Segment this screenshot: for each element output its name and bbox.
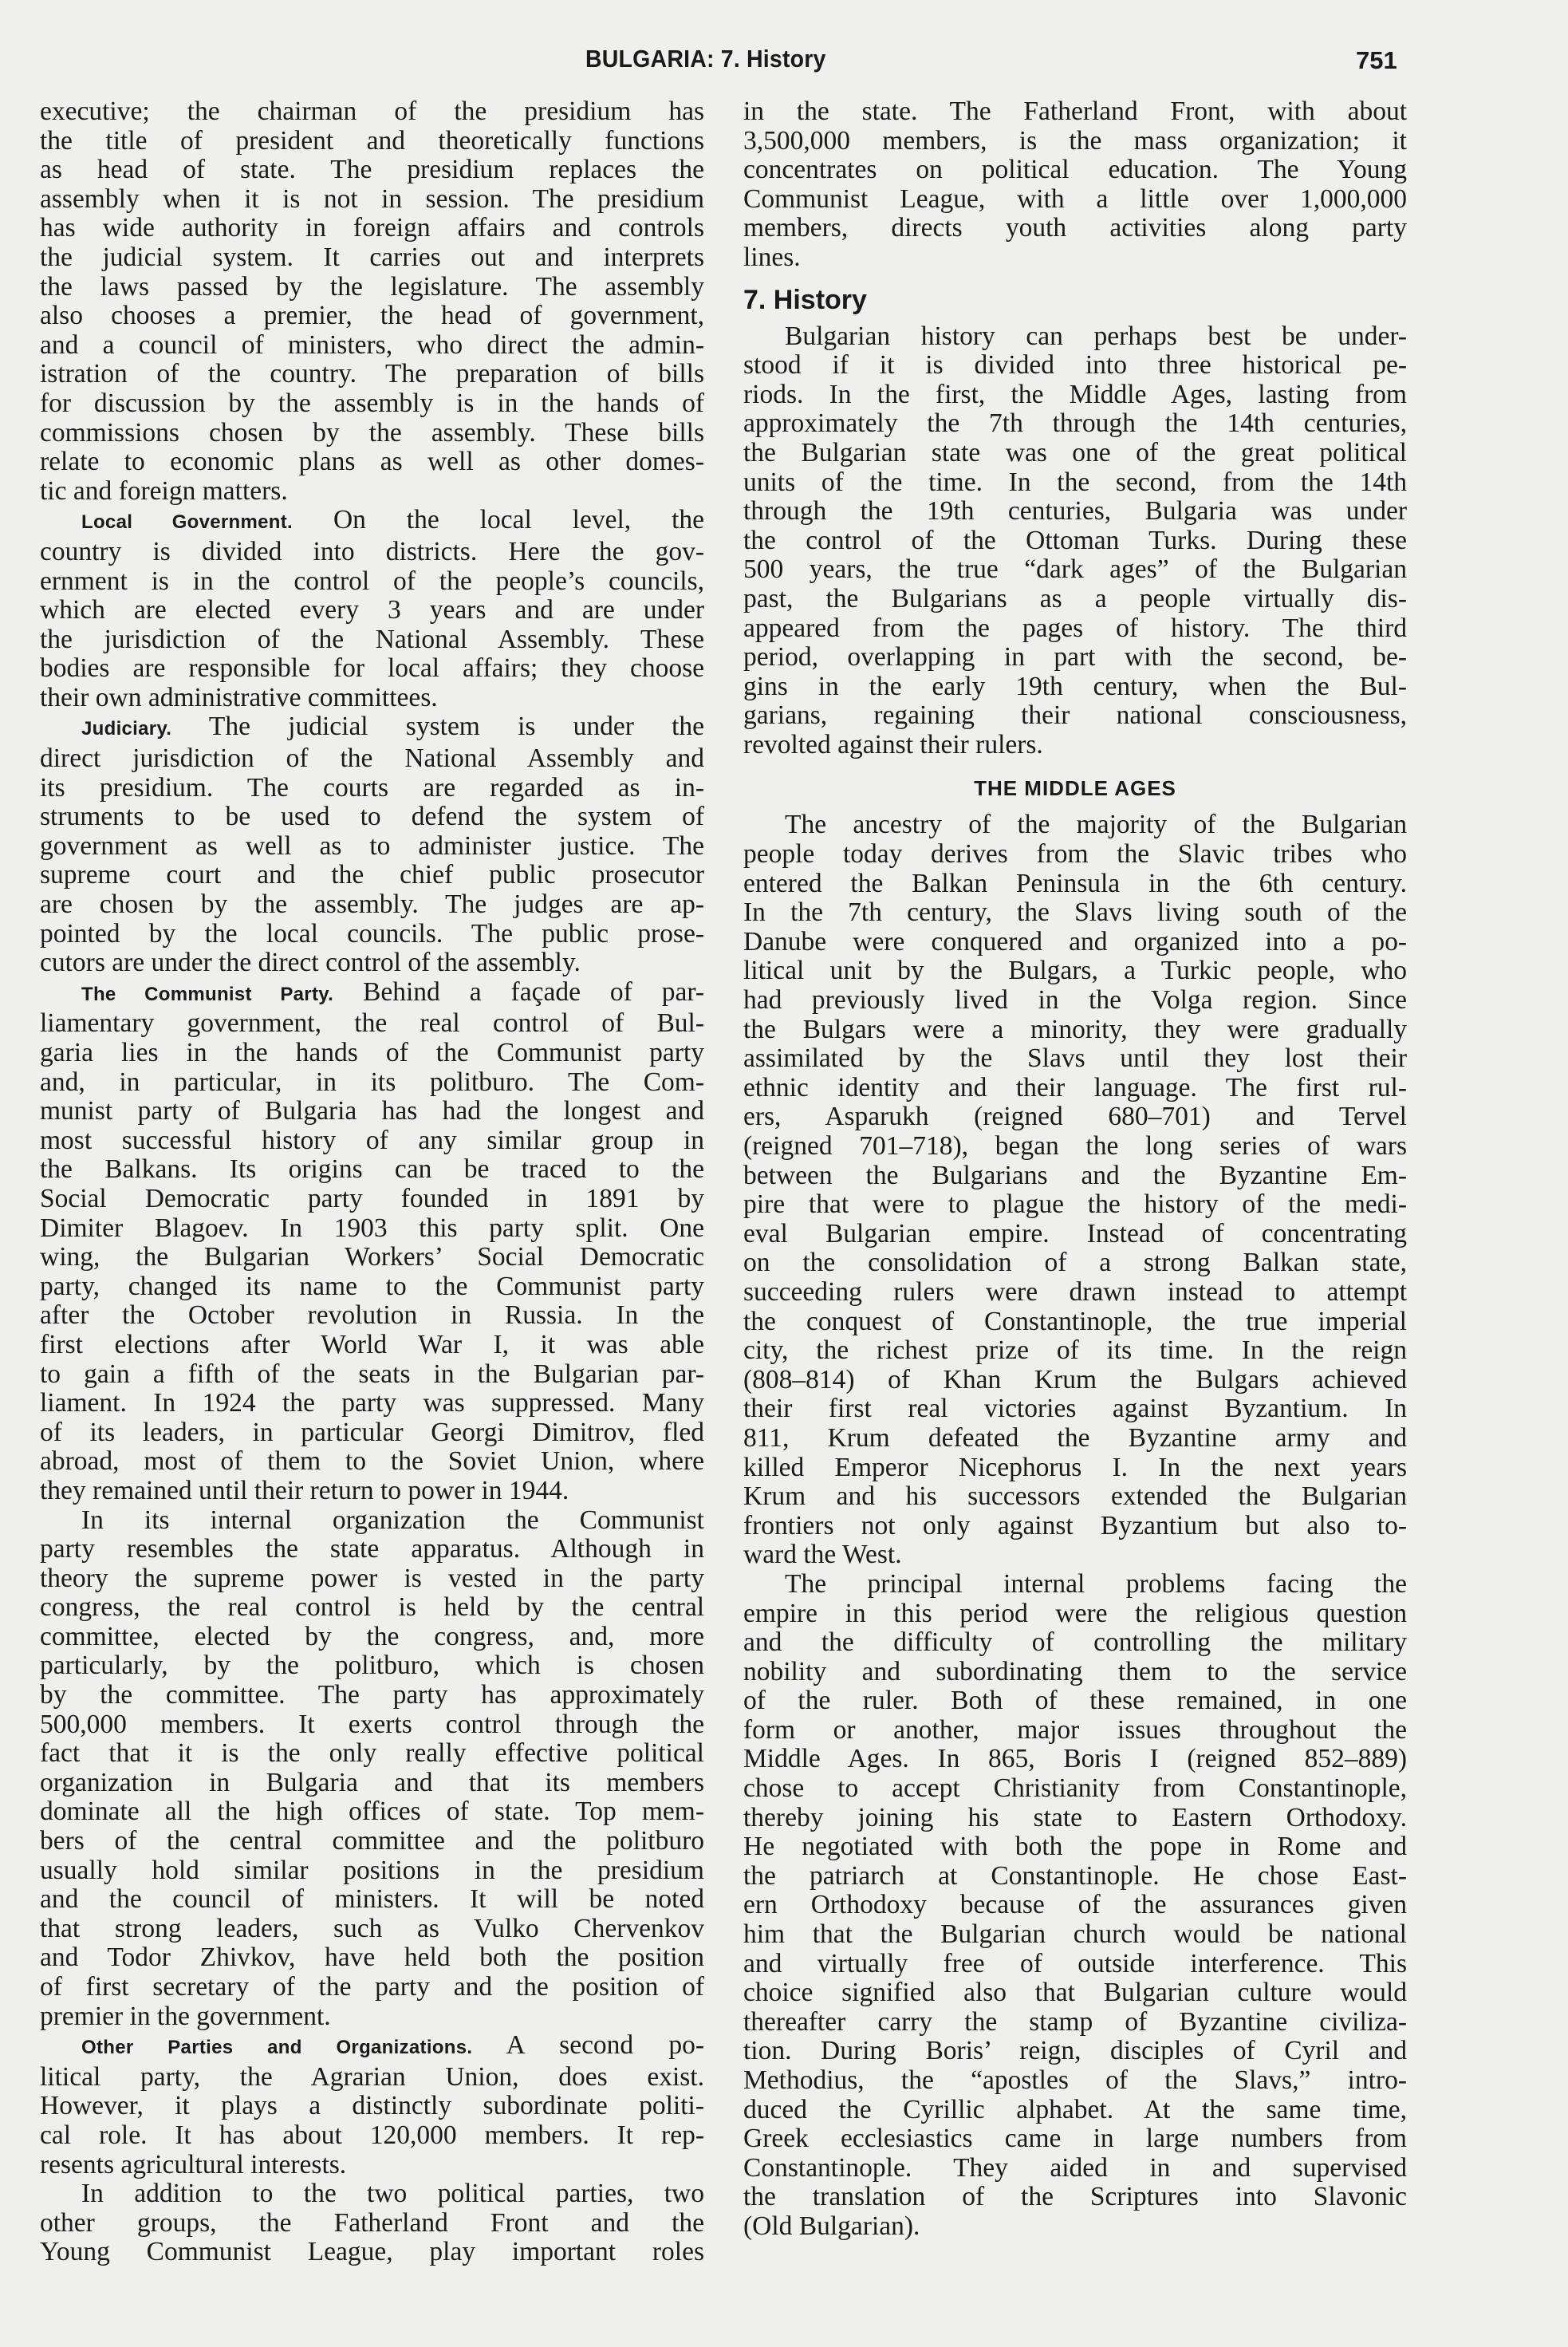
text-line: the Bulgars were a minority, they were g… (743, 1016, 1407, 1045)
text-line: executive; the chairman of the presidium… (40, 97, 704, 127)
paragraph-other-parties: Other Parties and Organizations. A secon… (40, 2031, 704, 2179)
text-line: had previously lived in the Volga region… (743, 986, 1407, 1016)
text-line: killed Emperor Nicephorus I. In the next… (743, 1454, 1407, 1483)
text-line: liamentary government, the real control … (40, 1009, 704, 1039)
text-line: garia lies in the hands of the Communist… (40, 1039, 704, 1068)
text-line: the laws passed by the legislature. The … (40, 273, 704, 302)
page-number: 751 (1356, 46, 1397, 75)
text-line: the control of the Ottoman Turks. During… (743, 527, 1407, 556)
text-line: people today derives from the Slavic tri… (743, 840, 1407, 870)
text-line: The Communist Party. Behind a façade of … (40, 978, 704, 1010)
paragraph-local-government: Local Government. On the local level, th… (40, 506, 704, 712)
text-line: approximately the 7th through the 14th c… (743, 409, 1407, 439)
text-line: Judiciary. The judicial system is under … (40, 712, 704, 744)
right-column: in the state. The Fatherland Front, with… (743, 97, 1407, 2242)
text-line: the patriarch at Constantinople. He chos… (743, 1862, 1407, 1891)
text-line: they remained until their return to powe… (40, 1477, 704, 1506)
text-line: bodies are responsible for local affairs… (40, 654, 704, 684)
text-line: entered the Balkan Peninsula in the 6th … (743, 870, 1407, 899)
text-line: munist party of Bulgaria has had the lon… (40, 1097, 704, 1126)
run-in-heading: The Communist Party. (81, 984, 333, 1005)
text-line: succeeding rulers were drawn instead to … (743, 1278, 1407, 1308)
text-line: assembly when it is not in session. The … (40, 185, 704, 215)
paragraph-two-groups: In addition to the two political parties… (40, 2179, 704, 2267)
paragraph-internal-problems: The principal internal problems facing t… (743, 1570, 1407, 2242)
text-line: first elections after World War I, it wa… (40, 1331, 704, 1360)
text-line: the translation of the Scriptures into S… (743, 2183, 1407, 2212)
text-line: and virtually free of outside interferen… (743, 1950, 1407, 1979)
paragraph-ancestry: The ancestry of the majority of the Bulg… (743, 811, 1407, 1569)
text-line: of first secretary of the party and the … (40, 1973, 704, 2002)
text-line: city, the richest prize of its time. In … (743, 1336, 1407, 1366)
text-line: empire in this period were the religious… (743, 1600, 1407, 1629)
text-line: tic and foreign matters. (40, 477, 704, 507)
text-line: liament. In 1924 the party was suppresse… (40, 1389, 704, 1418)
text-line: duced the Cyrillic alphabet. At the same… (743, 2096, 1407, 2125)
section-heading-history: 7. History (743, 282, 1407, 318)
paragraph-presidium: executive; the chairman of the presidium… (40, 97, 704, 506)
running-title: BULGARIA: 7. History (585, 45, 826, 73)
text-line: assimilated by the Slavs until they lost… (743, 1044, 1407, 1074)
text-line: istration of the country. The preparatio… (40, 360, 704, 389)
text-line: form or another, major issues throughout… (743, 1716, 1407, 1745)
run-in-heading: Judiciary. (81, 718, 171, 740)
text-line: as head of state. The presidium replaces… (40, 156, 704, 185)
text-line: congress, the real control is held by th… (40, 1593, 704, 1623)
paragraph-internal-organization: In its internal organization the Communi… (40, 1506, 704, 2032)
text-line: the jurisdiction of the National Assembl… (40, 625, 704, 655)
text-line: Social Democratic party founded in 1891 … (40, 1185, 704, 1214)
text-line: bers of the central committee and the po… (40, 1827, 704, 1856)
text-line: chose to accept Christianity from Consta… (743, 1774, 1407, 1804)
text-line: their own administrative committees. (40, 684, 704, 713)
text-line: in the state. The Fatherland Front, with… (743, 97, 1407, 127)
text-line: to gain a fifth of the seats in the Bulg… (40, 1360, 704, 1390)
text-line: him that the Bulgarian church would be n… (743, 1920, 1407, 1950)
paragraph-judiciary: Judiciary. The judicial system is under … (40, 712, 704, 977)
text-line: cutors are under the direct control of t… (40, 949, 704, 978)
text-line: choice signified also that Bulgarian cul… (743, 1978, 1407, 2008)
text-line: The principal internal problems facing t… (743, 1570, 1407, 1600)
text-line: abroad, most of them to the Soviet Union… (40, 1447, 704, 1477)
text-line: 500 years, the true “dark ages” of the B… (743, 555, 1407, 585)
text-line: its presidium. The courts are regarded a… (40, 774, 704, 803)
text-line: Dimiter Blagoev. In 1903 this party spli… (40, 1214, 704, 1244)
text-line: particularly, by the politburo, which is… (40, 1651, 704, 1681)
text-line: ward the West. (743, 1540, 1407, 1570)
text-line: In its internal organization the Communi… (40, 1506, 704, 1536)
text-line: frontiers not only against Byzantium but… (743, 1512, 1407, 1541)
text-line: and the difficulty of controlling the mi… (743, 1628, 1407, 1658)
text-line: other groups, the Fatherland Front and t… (40, 2209, 704, 2239)
text-line: also chooses a premier, the head of gove… (40, 302, 704, 331)
text-line: tion. During Boris’ reign, disciples of … (743, 2037, 1407, 2066)
text-line: gins in the early 19th century, when the… (743, 673, 1407, 702)
text-line: Middle Ages. In 865, Boris I (reigned 85… (743, 1745, 1407, 1774)
text-line: the conquest of Constantinople, the true… (743, 1308, 1407, 1337)
left-column: executive; the chairman of the presidium… (40, 97, 704, 2267)
text-line: period, overlapping in part with the sec… (743, 643, 1407, 673)
text-line: Constantinople. They aided in and superv… (743, 2154, 1407, 2183)
text-line: dominate all the high offices of state. … (40, 1797, 704, 1827)
text-line: party, changed its name to the Communist… (40, 1272, 704, 1302)
text-line: lines. (743, 243, 1407, 273)
text-line: wing, the Bulgarian Workers’ Social Demo… (40, 1243, 704, 1272)
text-line: 3,500,000 members, is the mass organizat… (743, 127, 1407, 156)
text-line: and, in particular, in its politburo. Th… (40, 1068, 704, 1098)
text-line: government as well as to administer just… (40, 832, 704, 862)
text-line: usually hold similar positions in the pr… (40, 1856, 704, 1886)
text-line: party resembles the state apparatus. Alt… (40, 1535, 704, 1564)
text-line: their first real victories against Byzan… (743, 1394, 1407, 1424)
text-line: of the ruler. Both of these remained, in… (743, 1686, 1407, 1716)
text-line: premier in the government. (40, 2002, 704, 2032)
text-line: Methodius, the “apostles of the Slavs,” … (743, 2066, 1407, 2096)
text-line: litical unit by the Bulgars, a Turkic pe… (743, 957, 1407, 986)
text-line: eval Bulgarian empire. Instead of concen… (743, 1220, 1407, 1249)
text-line: thereafter carry the stamp of Byzantine … (743, 2008, 1407, 2037)
paragraph-fatherland-front: in the state. The Fatherland Front, with… (743, 97, 1407, 273)
text-line: pire that were to plague the history of … (743, 1190, 1407, 1220)
text-line: committee, elected by the congress, and,… (40, 1623, 704, 1652)
text-line: Danube were conquered and organized into… (743, 928, 1407, 957)
text-line: the judicial system. It carries out and … (40, 243, 704, 273)
paragraph-history-intro: Bulgarian history can perhaps best be un… (743, 322, 1407, 760)
text-line: stood if it is divided into three histor… (743, 351, 1407, 381)
text-line: Young Communist League, play important r… (40, 2238, 704, 2267)
text-line: Greek ecclesiastics came in large number… (743, 2124, 1407, 2154)
text-line: 500,000 members. It exerts control throu… (40, 1710, 704, 1740)
text-line: In the 7th century, the Slavs living sou… (743, 898, 1407, 928)
text-line: theory the supreme power is vested in th… (40, 1564, 704, 1594)
text-line: garians, regaining their national consci… (743, 701, 1407, 731)
text-line: after the October revolution in Russia. … (40, 1301, 704, 1331)
text-line: However, it plays a distinctly subordina… (40, 2092, 704, 2121)
text-line: The ancestry of the majority of the Bulg… (743, 811, 1407, 840)
running-head: BULGARIA: 7. History 751 (0, 41, 1568, 81)
text-line: members, directs youth activities along … (743, 214, 1407, 243)
text-line: organization in Bulgaria and that its me… (40, 1769, 704, 1798)
text-line: resents agricultural interests. (40, 2151, 704, 2180)
text-line: Local Government. On the local level, th… (40, 506, 704, 538)
text-line: commissions chosen by the assembly. Thes… (40, 419, 704, 448)
text-line: country is divided into districts. Here … (40, 538, 704, 567)
text-line: the title of president and theoretically… (40, 127, 704, 156)
text-line: ern Orthodoxy because of the assurances … (743, 1891, 1407, 1920)
text-line: by the committee. The party has approxim… (40, 1681, 704, 1710)
text-line: struments to be used to defend the syste… (40, 803, 704, 832)
text-line: through the 19th centuries, Bulgaria was… (743, 497, 1407, 527)
text-line: of its leaders, in particular Georgi Dim… (40, 1418, 704, 1448)
text-line: ernment is in the control of the people’… (40, 567, 704, 597)
run-in-heading: Other Parties and Organizations. (81, 2037, 472, 2058)
text-line: Krum and his successors extended the Bul… (743, 1482, 1407, 1512)
text-line: has wide authority in foreign affairs an… (40, 214, 704, 243)
text-line: most successful history of any similar g… (40, 1126, 704, 1156)
text-line: Communist League, with a little over 1,0… (743, 185, 1407, 215)
text-line: (Old Bulgarian). (743, 2212, 1407, 2242)
text-line: He negotiated with both the pope in Rome… (743, 1832, 1407, 1862)
text-line: on the consolidation of a strong Balkan … (743, 1248, 1407, 1278)
text-line: appeared from the pages of history. The … (743, 614, 1407, 644)
text-line: that strong leaders, such as Vulko Cherv… (40, 1915, 704, 1944)
text-line: fact that it is the only really effectiv… (40, 1739, 704, 1769)
text-line: riods. In the first, the Middle Ages, la… (743, 381, 1407, 410)
paragraph-communist-party: The Communist Party. Behind a façade of … (40, 978, 704, 1506)
text-line: units of the time. In the second, from t… (743, 468, 1407, 498)
text-line: direct jurisdiction of the National Asse… (40, 744, 704, 774)
text-line: and Todor Zhivkov, have held both the po… (40, 1943, 704, 1973)
text-line: between the Bulgarians and the Byzantine… (743, 1162, 1407, 1191)
text-line: 811, Krum defeated the Byzantine army an… (743, 1424, 1407, 1454)
text-line: the Bulgarian state was one of the great… (743, 439, 1407, 468)
text-line: nobility and subordinating them to the s… (743, 1658, 1407, 1687)
text-line: the Balkans. Its origins can be traced t… (40, 1155, 704, 1185)
text-line: (808–814) of Khan Krum the Bulgars achie… (743, 1366, 1407, 1395)
text-line: ers, Asparukh (reigned 680–701) and Terv… (743, 1102, 1407, 1132)
text-line: concentrates on political education. The… (743, 156, 1407, 185)
text-line: thereby joining his state to Eastern Ort… (743, 1804, 1407, 1833)
text-line: and the council of ministers. It will be… (40, 1885, 704, 1915)
text-line: for discussion by the assembly is in the… (40, 389, 704, 419)
text-line: which are elected every 3 years and are … (40, 596, 704, 625)
text-line: Bulgarian history can perhaps best be un… (743, 322, 1407, 352)
text-line: In addition to the two political parties… (40, 2179, 704, 2209)
text-line: and a council of ministers, who direct t… (40, 331, 704, 361)
subsection-heading-middle-ages: THE MIDDLE AGES (743, 772, 1407, 804)
text-line: past, the Bulgarians as a people virtual… (743, 585, 1407, 614)
text-line: revolted against their rulers. (743, 731, 1407, 760)
text-line: litical party, the Agrarian Union, does … (40, 2063, 704, 2093)
text-line: supreme court and the chief public prose… (40, 861, 704, 890)
text-line: pointed by the local councils. The publi… (40, 920, 704, 949)
run-in-heading: Local Government. (81, 511, 293, 533)
text-line: cal role. It has about 120,000 members. … (40, 2121, 704, 2151)
text-line: (reigned 701–718), began the long series… (743, 1132, 1407, 1162)
text-line: Other Parties and Organizations. A secon… (40, 2031, 704, 2063)
text-line: are chosen by the assembly. The judges a… (40, 890, 704, 920)
text-line: relate to economic plans as well as othe… (40, 448, 704, 477)
text-line: ethnic identity and their language. The … (743, 1074, 1407, 1103)
